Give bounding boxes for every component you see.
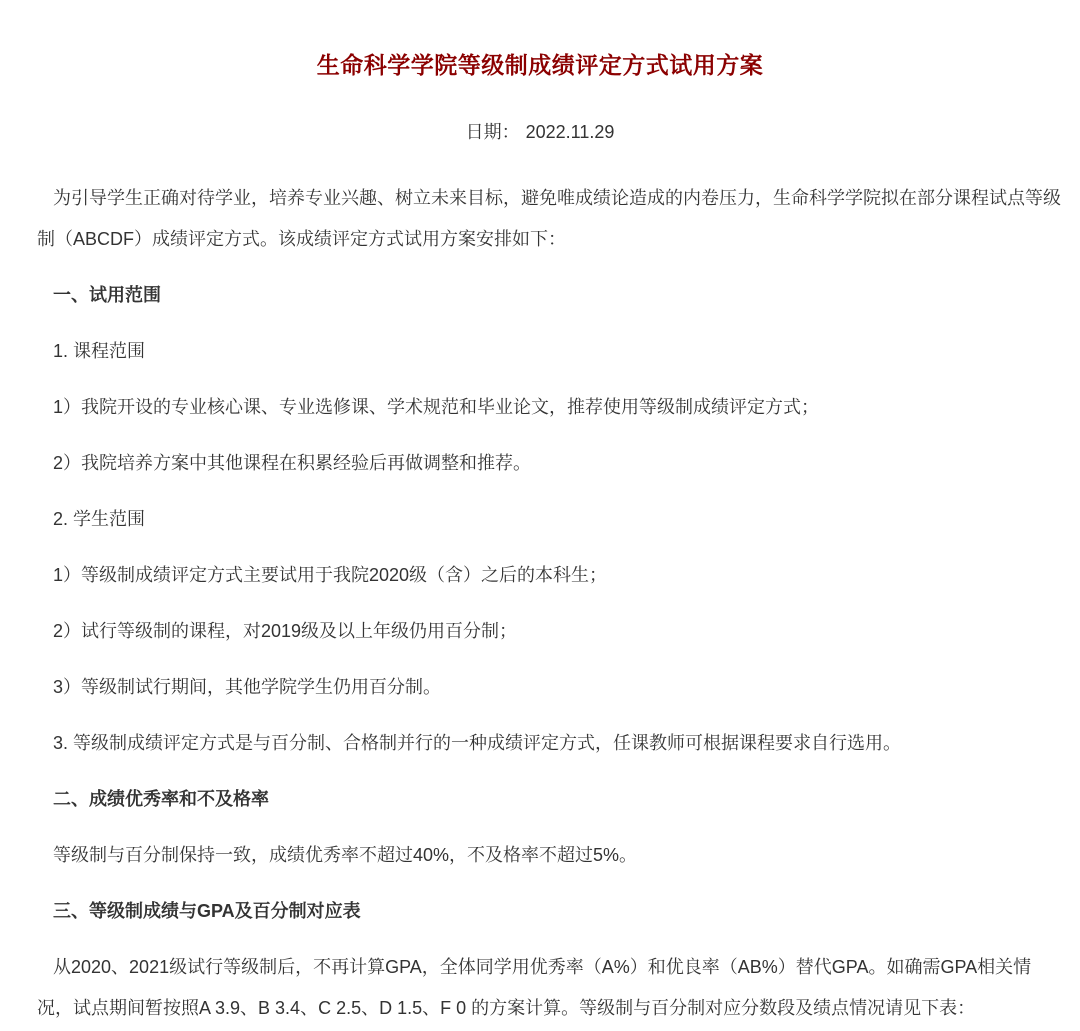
section-heading-3: 三、等级制成绩与GPA及百分制对应表 — [37, 891, 1064, 932]
paragraph-student-scope: 2. 学生范围 — [37, 499, 1064, 540]
paragraph-course-scope: 1. 课程范围 — [37, 331, 1064, 372]
document-body: 为引导学生正确对待学业，培养专业兴趣、树立未来目标，避免唯成绩论造成的内卷压力，… — [37, 178, 1064, 1029]
date-line: 日期：2022.11.29 — [0, 119, 1080, 145]
section-heading-2: 二、成绩优秀率和不及格率 — [37, 779, 1064, 820]
paragraph-parallel-system: 3. 等级制成绩评定方式是与百分制、合格制并行的一种成绩评定方式，任课教师可根据… — [37, 723, 1064, 764]
page-title: 生命科学学院等级制成绩评定方式试用方案 — [0, 50, 1080, 80]
paragraph-student-item-1: 1）等级制成绩评定方式主要试用于我院2020级（含）之后的本科生； — [37, 555, 1064, 596]
date-label: 日期： — [466, 122, 520, 142]
paragraph-intro: 为引导学生正确对待学业，培养专业兴趣、树立未来目标，避免唯成绩论造成的内卷压力，… — [37, 178, 1064, 260]
date-value: 2022.11.29 — [526, 122, 615, 142]
paragraph-gpa-mapping: 从2020、2021级试行等级制后，不再计算GPA，全体同学用优秀率（A%）和优… — [37, 947, 1064, 1029]
section-heading-1: 一、试用范围 — [37, 275, 1064, 316]
paragraph-student-item-2: 2）试行等级制的课程，对2019级及以上年级仍用百分制； — [37, 611, 1064, 652]
paragraph-rates: 等级制与百分制保持一致，成绩优秀率不超过40%，不及格率不超过5%。 — [37, 835, 1064, 876]
paragraph-course-item-1: 1）我院开设的专业核心课、专业选修课、学术规范和毕业论文，推荐使用等级制成绩评定… — [37, 387, 1064, 428]
paragraph-student-item-3: 3）等级制试行期间，其他学院学生仍用百分制。 — [37, 667, 1064, 708]
document-page: 生命科学学院等级制成绩评定方式试用方案 日期：2022.11.29 为引导学生正… — [0, 0, 1080, 1031]
paragraph-course-item-2: 2）我院培养方案中其他课程在积累经验后再做调整和推荐。 — [37, 443, 1064, 484]
